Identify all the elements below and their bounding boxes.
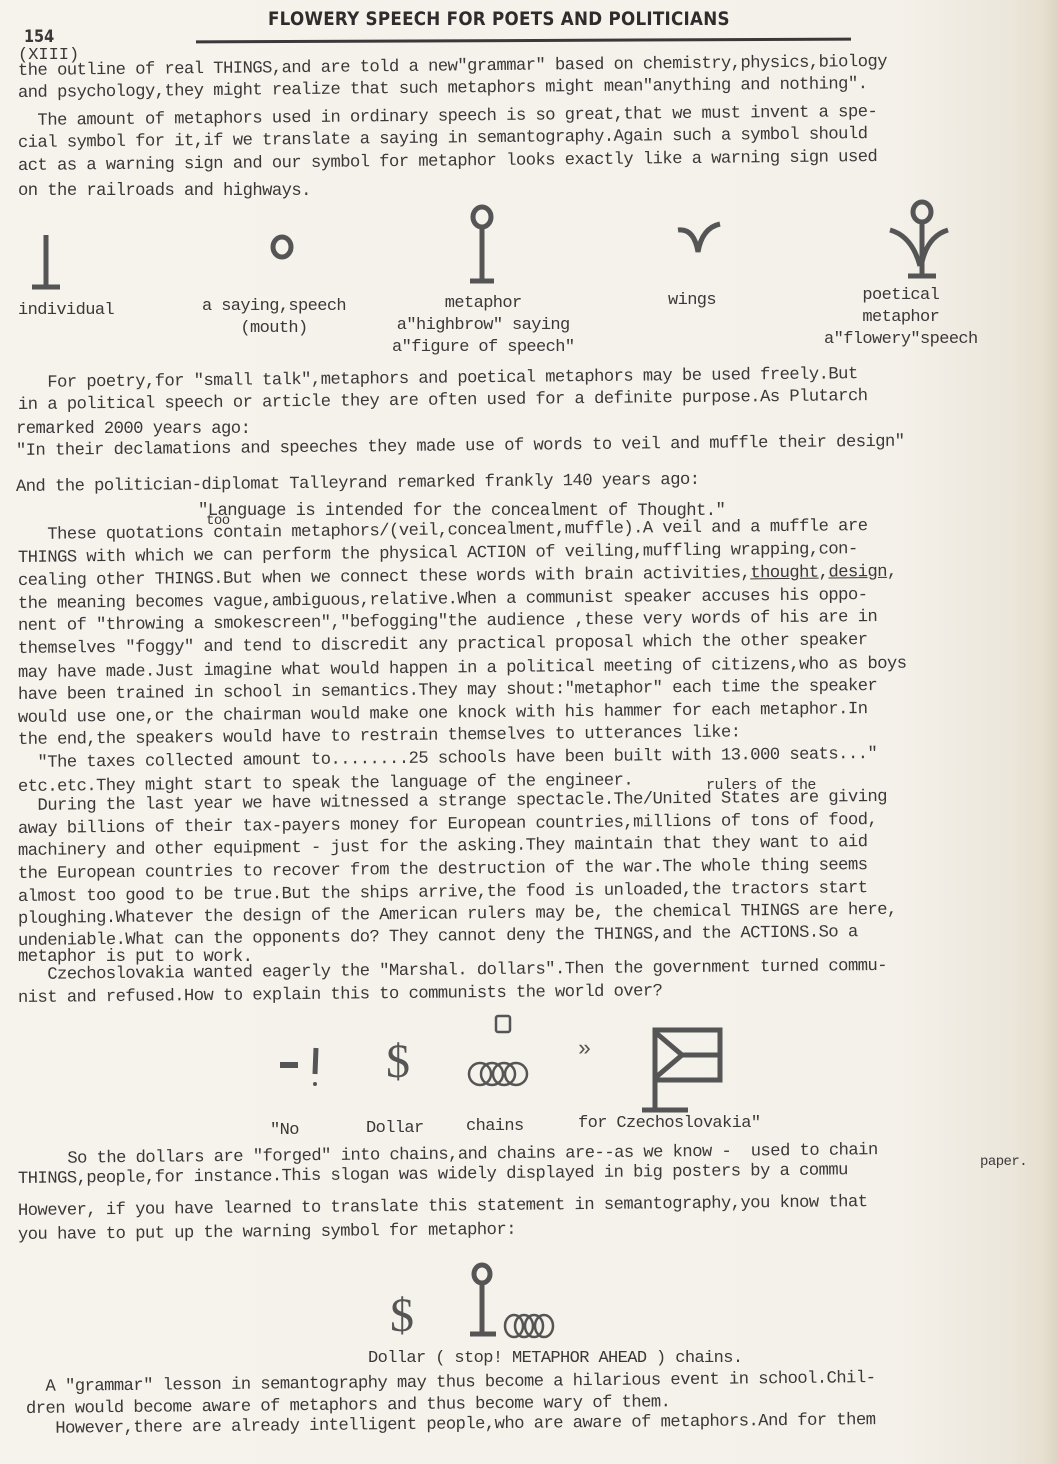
running-title: FLOWERY SPEECH FOR POETS AND POLITICIANS	[268, 8, 730, 30]
poetical-metaphor-symbol-icon	[882, 200, 962, 290]
metaphor-symbol-icon	[464, 205, 504, 285]
chains-symbol-icon	[466, 1014, 556, 1094]
legend-caption-wings: wings	[668, 290, 716, 312]
slogan-caption-dollar: Dollar	[366, 1118, 424, 1140]
slogan-caption-chains: chains	[466, 1116, 524, 1138]
legend-caption-metaphor: metaphor a"highbrow" saying a"figure of …	[392, 293, 574, 359]
individual-symbol-icon	[28, 235, 68, 295]
dollar-symbol-icon: $	[386, 1032, 410, 1092]
flag-czechoslovakia-icon	[630, 1026, 720, 1116]
page-edge-bleedthrough	[1015, 0, 1057, 1464]
text-line: on the railroads and highways.	[18, 182, 311, 202]
text-line: remarked 2000 years ago:	[16, 420, 250, 440]
handwritten-insert: paper.	[980, 1152, 1027, 1172]
legend-caption-individual: individual	[18, 300, 114, 322]
slogan-caption-no: "No	[270, 1120, 299, 1142]
legend-caption-saying: a saying,speech (mouth)	[202, 296, 346, 340]
legend-caption-poetical-metaphor: poetical metaphor a"flowery"speech	[824, 285, 978, 351]
dollar-symbol-icon: $	[390, 1286, 414, 1346]
page-number: 154	[24, 27, 54, 47]
arrow-forward-icon: »	[578, 1040, 591, 1060]
no-symbol-icon	[278, 1042, 328, 1092]
wings-symbol-icon	[676, 220, 726, 260]
underlined-word: design	[828, 563, 887, 583]
mouth-symbol-icon	[268, 234, 298, 264]
metaphor-figure-caption: Dollar ( stop! METAPHOR AHEAD ) chains.	[368, 1348, 742, 1370]
slogan-caption-czechoslovakia: for Czechoslovakia"	[578, 1113, 760, 1135]
chains-symbol-icon	[502, 1312, 562, 1342]
underlined-word: thought	[750, 564, 819, 584]
